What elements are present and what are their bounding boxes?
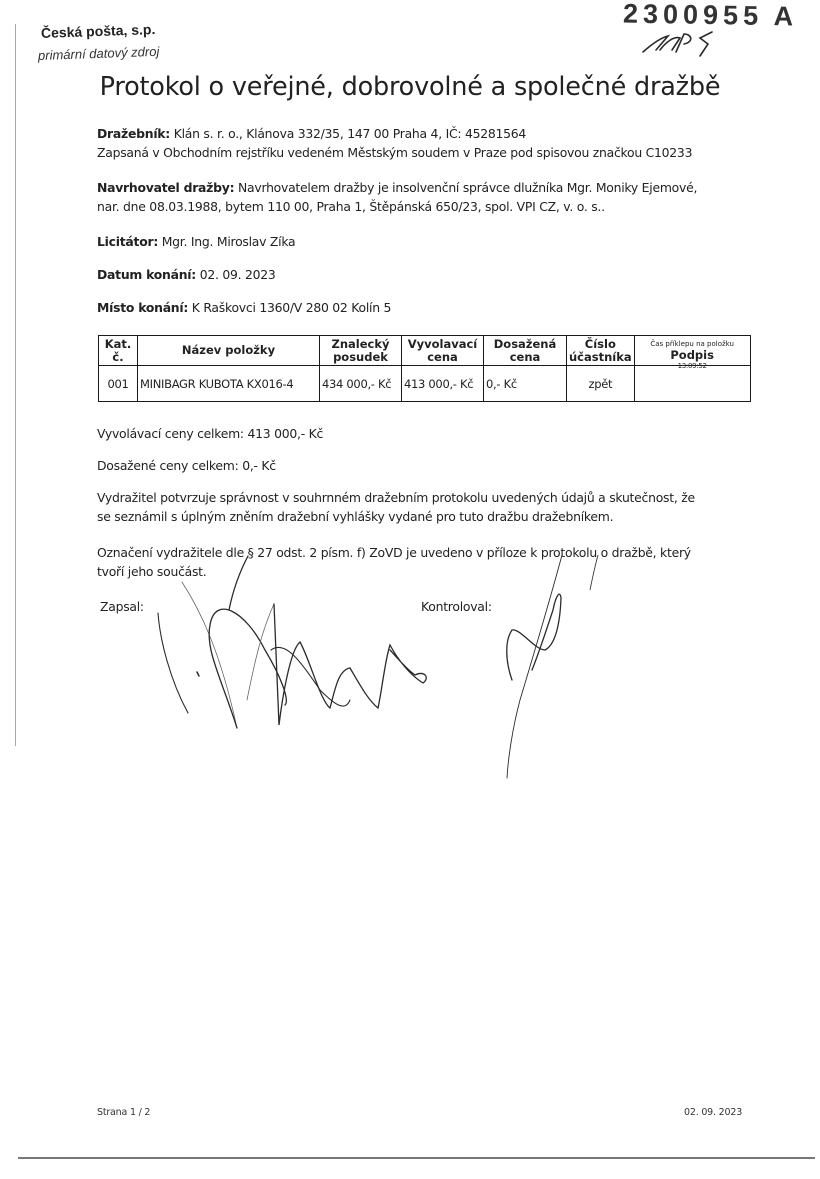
- document-number: 2300955 A: [623, 0, 794, 32]
- checker-signature-icon: [507, 555, 562, 778]
- handwritten-marks: [0, 0, 820, 1179]
- total-achieved-price: Dosažené ceny celkem: 0,- Kč: [97, 456, 276, 475]
- proposer-label: Navrhovatel dražby:: [97, 180, 234, 195]
- cell-appraisal: 434 000,- Kč: [320, 366, 402, 402]
- page-title: Protokol o veřejné, dobrovolné a společn…: [0, 72, 820, 102]
- auctioneer-label: Dražebník:: [97, 126, 170, 141]
- col-achieved-price: Dosaženácena: [484, 336, 567, 366]
- col-starting-price: Vyvolavacícena: [402, 336, 484, 366]
- col-name: Název položky: [138, 336, 320, 366]
- statement: Vydražitel potvrzuje správnost v souhrnn…: [97, 488, 695, 526]
- cell-participant: zpět: [567, 366, 635, 402]
- total-starting-price: Vyvolávací ceny celkem: 413 000,- Kč: [97, 424, 323, 443]
- licitator-line: Licitátor: Mgr. Ing. Miroslav Zíka: [97, 232, 295, 251]
- place-label: Místo konání:: [97, 300, 188, 315]
- sender-name: Česká pošta, s.p.: [41, 21, 156, 41]
- date-value: 02. 09. 2023: [200, 267, 276, 282]
- scan-bottom-rule: [18, 1157, 815, 1159]
- col-appraisal: Znaleckýposudek: [320, 336, 402, 366]
- handwritten-initials-icon: [643, 32, 712, 56]
- cell-signature: 13:09:52: [634, 366, 750, 402]
- date-label: Datum konání:: [97, 267, 196, 282]
- col-kat: Kat. č.: [99, 336, 138, 366]
- cell-kat: 001: [99, 366, 138, 402]
- auctioneer-registration: Zapsaná v Obchodním rejstříku vedeném Mě…: [97, 143, 692, 162]
- cell-time: 13:09:52: [637, 362, 748, 370]
- proposer-section: Navrhovatel dražby: Navrhovatelem dražby…: [97, 178, 697, 216]
- proposer-value: Navrhovatelem dražby je insolvenční sprá…: [238, 180, 697, 195]
- recorded-by-label: Zapsal:: [100, 597, 144, 616]
- date-line: Datum konání: 02. 09. 2023: [97, 265, 276, 284]
- cell-name: MINIBAGR KUBOTA KX016-4: [138, 366, 320, 402]
- place-line: Místo konání: K Raškovci 1360/V 280 02 K…: [97, 298, 391, 317]
- designation: Označení vydražitele dle § 27 odst. 2 pí…: [97, 543, 691, 581]
- place-value: K Raškovci 1360/V 280 02 Kolín 5: [192, 300, 391, 315]
- licitator-value: Mgr. Ing. Miroslav Zíka: [162, 234, 296, 249]
- footer-date: 02. 09. 2023: [684, 1107, 742, 1118]
- col-participant: Čísloúčastníka: [567, 336, 635, 366]
- licitator-label: Licitátor:: [97, 234, 158, 249]
- recorder-signature-icon: [158, 556, 426, 728]
- cell-starting-price: 413 000,- Kč: [402, 366, 484, 402]
- document-number-mark: A: [773, 1, 793, 31]
- table-row: 001 MINIBAGR KUBOTA KX016-4 434 000,- Kč…: [99, 366, 751, 402]
- cell-achieved-price: 0,- Kč: [484, 366, 567, 402]
- auction-items-table: Kat. č. Název položky Znaleckýposudek Vy…: [98, 335, 751, 402]
- auctioneer-section: Dražebník: Klán s. r. o., Klánova 332/35…: [97, 124, 692, 162]
- document-number-value: 2300955: [623, 0, 764, 31]
- scan-edge-line: [15, 24, 16, 746]
- checked-by-label: Kontroloval:: [421, 597, 492, 616]
- page-number: Strana 1 / 2: [97, 1107, 150, 1118]
- sender-subtitle: primární datový zdroj: [38, 44, 160, 63]
- proposer-value-cont: nar. dne 08.03.1988, bytem 110 00, Praha…: [97, 197, 697, 216]
- auctioneer-value: Klán s. r. o., Klánova 332/35, 147 00 Pr…: [174, 126, 526, 141]
